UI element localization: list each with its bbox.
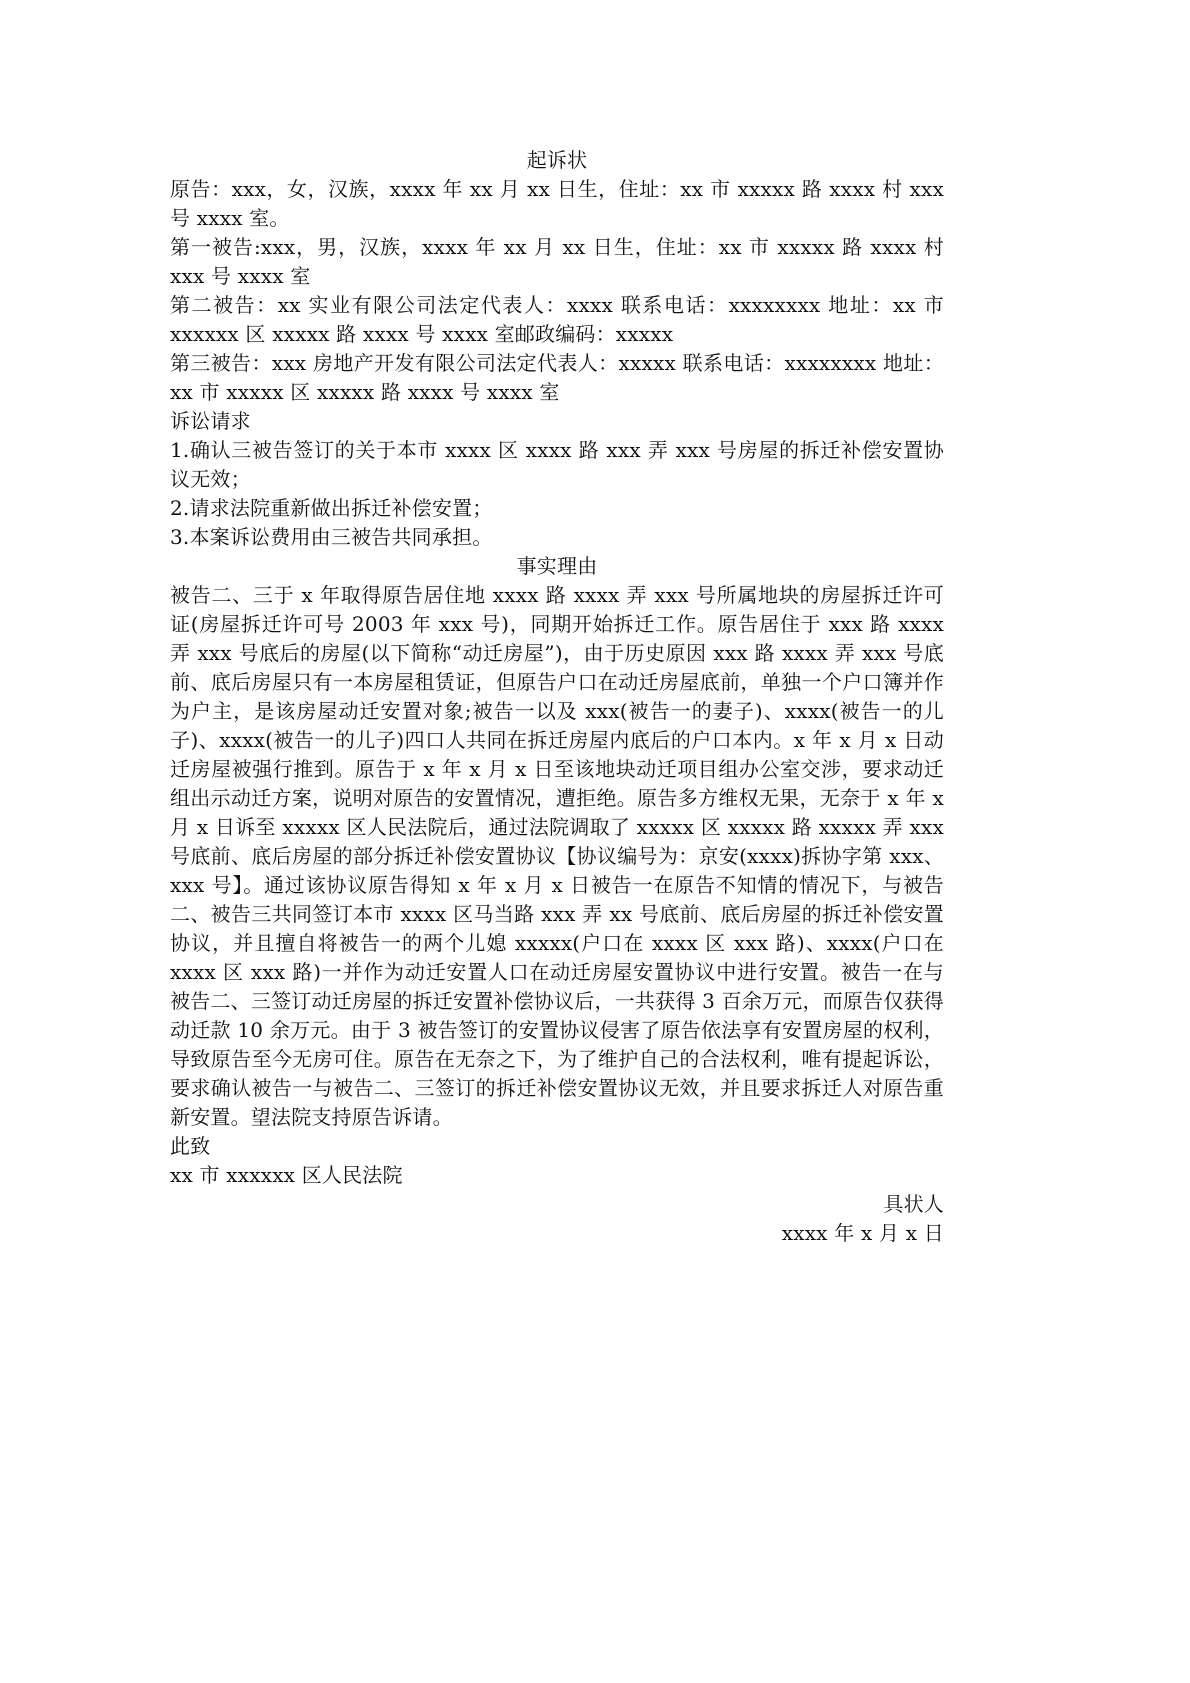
second-defendant-info: 第二被告：xx 实业有限公司法定代表人：xxxx 联系电话：xxxxxxxx 地…	[170, 291, 944, 349]
facts-body: 被告二、三于 x 年取得原告居住地 xxxx 路 xxxx 弄 xxx 号所属地…	[170, 581, 944, 1132]
facts-heading: 事实理由	[170, 552, 944, 581]
first-defendant-info: 第一被告:xxx，男，汉族，xxxx 年 xx 月 xx 日生，住址：xx 市 …	[170, 233, 944, 291]
document-title: 起诉状	[170, 146, 944, 175]
plaintiff-info: 原告：xxx，女，汉族，xxxx 年 xx 月 xx 日生，住址：xx 市 xx…	[170, 175, 944, 233]
closing-salutation: 此致	[170, 1132, 944, 1161]
claim-item-3: 3.本案诉讼费用由三被告共同承担。	[170, 523, 944, 552]
document-page: 起诉状 原告：xxx，女，汉族，xxxx 年 xx 月 xx 日生，住址：xx …	[170, 146, 944, 1248]
claim-item-1: 1.确认三被告签订的关于本市 xxxx 区 xxxx 路 xxx 弄 xxx 号…	[170, 436, 944, 494]
document-date: xxxx 年 x 月 x 日	[170, 1219, 944, 1248]
addressee-court: xx 市 xxxxxx 区人民法院	[170, 1161, 944, 1190]
third-defendant-info: 第三被告：xxx 房地产开发有限公司法定代表人：xxxxx 联系电话：xxxxx…	[170, 349, 944, 407]
claim-item-2: 2.请求法院重新做出拆迁补偿安置；	[170, 494, 944, 523]
claims-heading: 诉讼请求	[170, 407, 944, 436]
signer-label: 具状人	[170, 1190, 944, 1219]
